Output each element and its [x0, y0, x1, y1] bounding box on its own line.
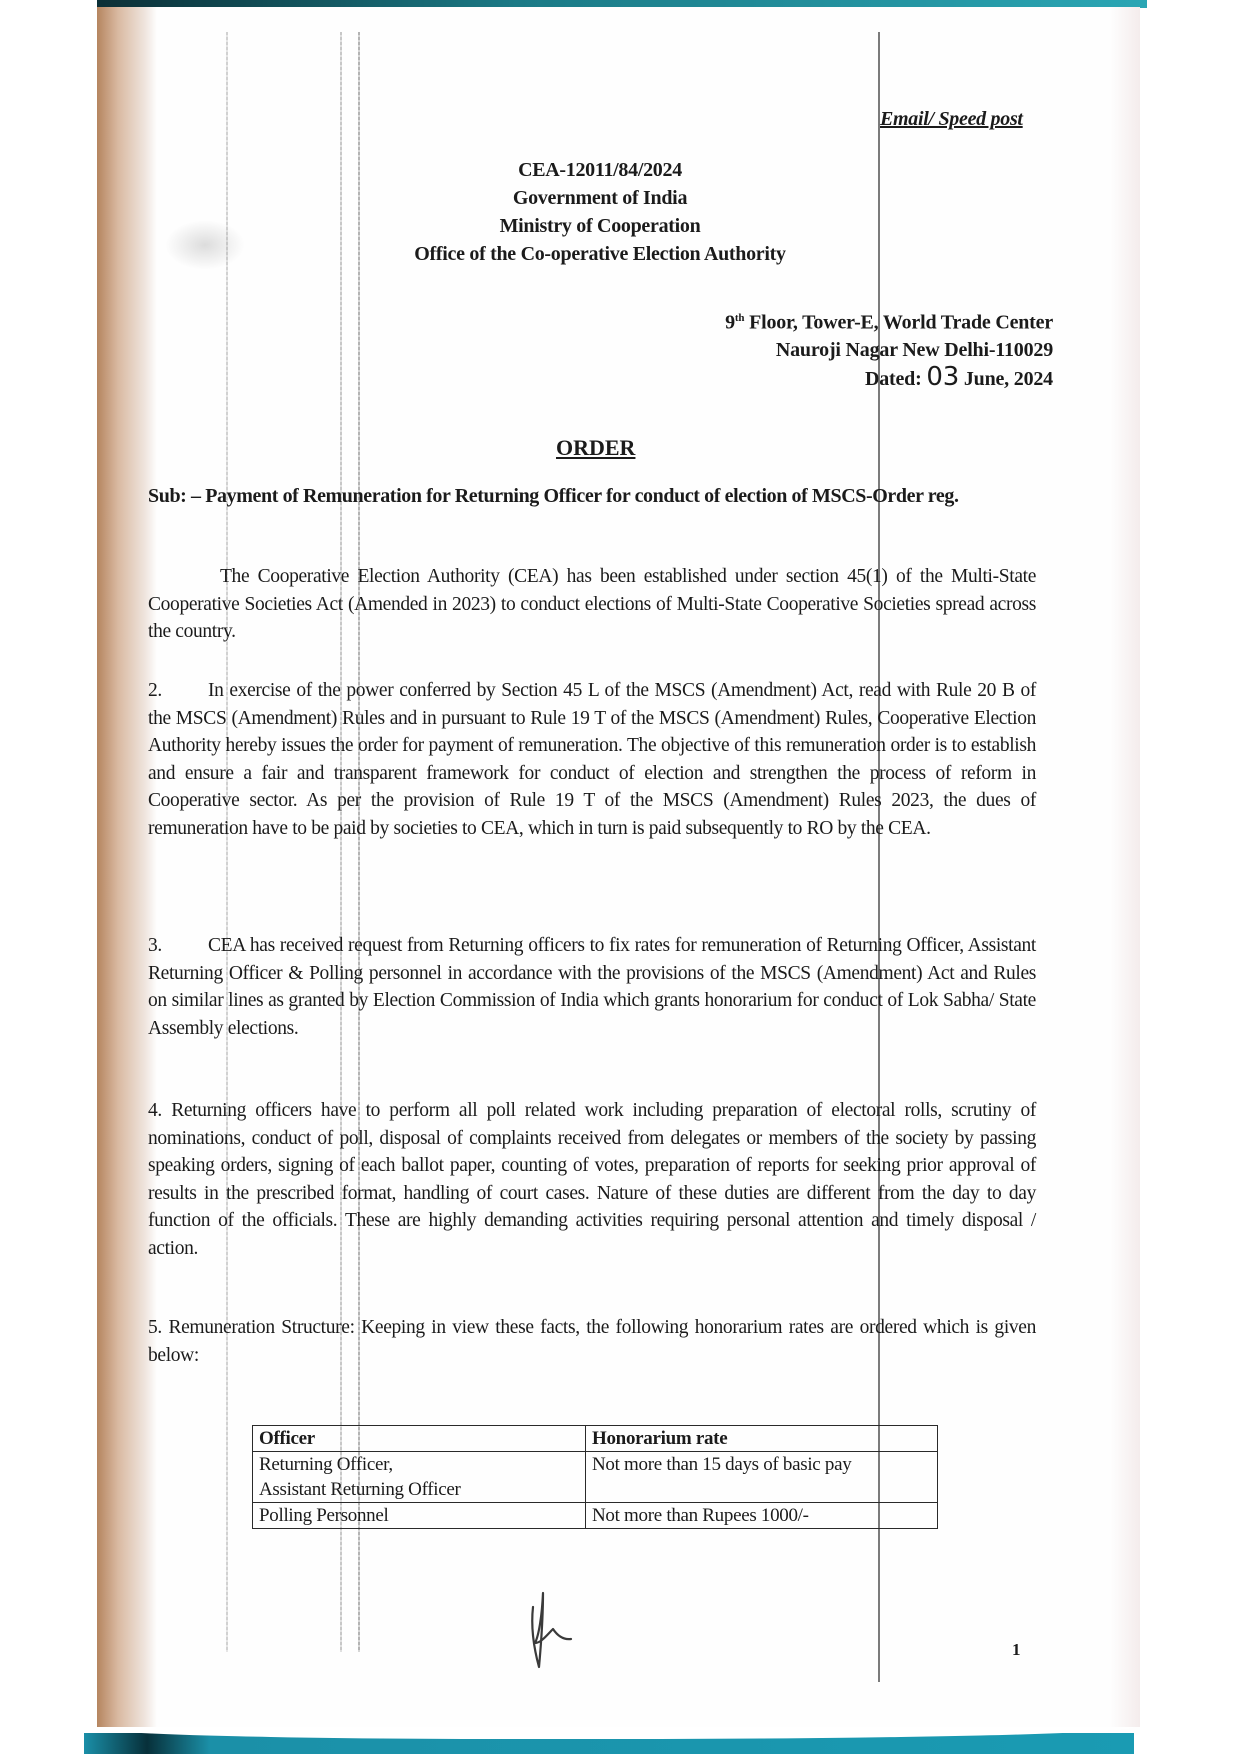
paragraph-2: 2.In exercise of the power conferred by … — [148, 677, 1036, 842]
page-edge-shadow — [97, 7, 157, 1727]
address-block: 9th Floor, Tower-E, World Trade Center N… — [580, 305, 1053, 393]
officer-cell: Returning Officer, Assistant Returning O… — [253, 1452, 586, 1503]
paragraph-3: 3.CEA has received request from Returnin… — [148, 932, 1036, 1042]
address-line-2: Nauroji Nagar New Delhi-110029 — [580, 337, 1053, 364]
column-header-rate: Honorarium rate — [586, 1426, 938, 1452]
table-row: Polling Personnel Not more than Rupees 1… — [253, 1503, 938, 1529]
order-subject: Sub: – Payment of Remuneration for Retur… — [148, 483, 1053, 510]
order-date: Dated: 03 June, 2024 — [580, 364, 1053, 393]
table-row: Returning Officer, Assistant Returning O… — [253, 1452, 938, 1503]
paragraph-number: 3. — [148, 932, 208, 960]
honorarium-rate-table: Officer Honorarium rate Returning Office… — [252, 1425, 938, 1529]
government-name: Government of India — [340, 184, 860, 212]
paragraph-number: 2. — [148, 677, 208, 705]
fold-line — [340, 32, 342, 1652]
fold-line — [358, 32, 360, 1652]
office-name: Office of the Co-operative Election Auth… — [340, 240, 860, 268]
paragraph-number: 4. — [148, 1100, 162, 1121]
paragraph-5: 5. Remuneration Structure: Keeping in vi… — [148, 1314, 1036, 1369]
address-line-1: 9th Floor, Tower-E, World Trade Center — [580, 305, 1053, 337]
fold-line — [226, 32, 228, 1652]
paragraph-number: 5. — [148, 1317, 162, 1338]
rate-cell: Not more than 15 days of basic pay — [586, 1452, 938, 1503]
letterhead: CEA-12011/84/2024 Government of India Mi… — [340, 156, 860, 268]
page-number: 1 — [1012, 1640, 1021, 1660]
file-number: CEA-12011/84/2024 — [340, 156, 860, 184]
dispatch-mode: Email/ Speed post — [880, 108, 1023, 131]
rate-cell: Not more than Rupees 1000/- — [586, 1503, 938, 1529]
column-header-officer: Officer — [253, 1426, 586, 1452]
paragraph-1: The Cooperative Election Authority (CEA)… — [148, 563, 1036, 646]
table-header-row: Officer Honorarium rate — [253, 1426, 938, 1452]
officer-cell: Polling Personnel — [253, 1503, 586, 1529]
paragraph-4: 4. Returning officers have to perform al… — [148, 1097, 1036, 1262]
handwritten-day: 03 — [926, 362, 959, 392]
page-edge-shadow-right — [1110, 7, 1140, 1727]
faint-stamp-mark — [165, 220, 245, 270]
order-title: ORDER — [556, 435, 635, 461]
ministry-name: Ministry of Cooperation — [340, 212, 860, 240]
signature-mark — [515, 1585, 575, 1675]
